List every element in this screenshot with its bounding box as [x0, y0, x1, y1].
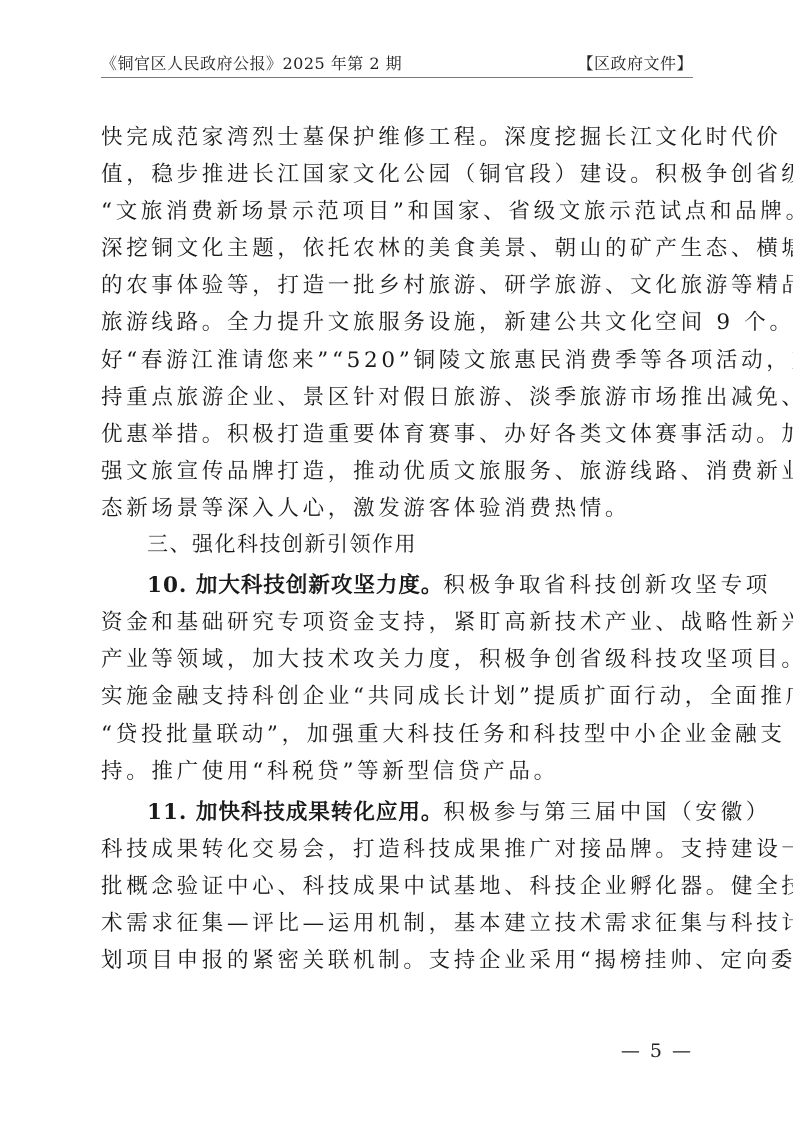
page-number: — 5 — [621, 1040, 693, 1062]
publication-title: 《铜官区人民政府公报》2025 年第 2 期 [101, 53, 402, 75]
document-body: 快完成范家湾烈士墓保护维修工程。深度挖掘长江文化时代价 值，稳步推进长江国家文化… [101, 119, 693, 979]
text-line: 实施金融支持科创企业“共同成长计划”提质扩面行动，全面推广 [101, 678, 693, 715]
text-line: 持重点旅游企业、景区针对假日旅游、淡季旅游市场推出减免、 [101, 379, 693, 416]
text-line: 科技成果转化交易会，打造科技成果推广对接品牌。支持建设一 [101, 831, 693, 868]
text-line: 态新场景等深入人心，激发游客体验消费热情。 [101, 490, 693, 527]
item-text: 积极争取省科技创新攻坚专项 [443, 573, 771, 598]
text-line: 10. 加大科技创新攻坚力度。积极争取省科技创新攻坚专项 [101, 567, 693, 604]
section-heading: 三、强化科技创新引领作用 [101, 526, 693, 563]
paragraph-item-10: 10. 加大科技创新攻坚力度。积极争取省科技创新攻坚专项 资金和基础研究专项资金… [101, 567, 693, 790]
text-line: 旅游线路。全力提升文旅服务设施，新建公共文化空间 9 个。办 [101, 304, 693, 341]
text-line: 持。推广使用“科税贷”等新型信贷产品。 [101, 753, 693, 790]
text-line: 好“春游江淮请您来”“520”铜陵文旅惠民消费季等各项活动，支 [101, 342, 693, 379]
text-line: 值，稳步推进长江国家文化公园（铜官段）建设。积极争创省级 [101, 156, 693, 193]
item-text: 积极参与第三届中国（安徽） [443, 800, 771, 825]
text-line: 产业等领域，加大技术攻关力度，积极争创省级科技攻坚项目。 [101, 641, 693, 678]
paragraph-item-11: 11. 加快科技成果转化应用。积极参与第三届中国（安徽） 科技成果转化交易会，打… [101, 794, 693, 979]
text-line: 划项目申报的紧密关联机制。支持企业采用“揭榜挂帅、定向委 [101, 942, 693, 979]
text-line: 强文旅宣传品牌打造，推动优质文旅服务、旅游线路、消费新业 [101, 453, 693, 490]
text-line: 11. 加快科技成果转化应用。积极参与第三届中国（安徽） [101, 794, 693, 831]
text-line: 快完成范家湾烈士墓保护维修工程。深度挖掘长江文化时代价 [101, 119, 693, 156]
text-line: 的农事体验等，打造一批乡村旅游、研学旅游、文化旅游等精品 [101, 267, 693, 304]
paragraph-culture-tourism: 快完成范家湾烈士墓保护维修工程。深度挖掘长江文化时代价 值，稳步推进长江国家文化… [101, 119, 693, 527]
text-line: “文旅消费新场景示范项目”和国家、省级文旅示范试点和品牌。 [101, 193, 693, 230]
text-line: “贷投批量联动”，加强重大科技任务和科技型中小企业金融支 [101, 716, 693, 753]
item-title: 11. 加快科技成果转化应用。 [147, 800, 443, 825]
item-title: 10. 加大科技创新攻坚力度。 [147, 573, 443, 598]
text-line: 批概念验证中心、科技成果中试基地、科技企业孵化器。健全技 [101, 868, 693, 905]
text-line: 术需求征集—评比—运用机制，基本建立技术需求征集与科技计 [101, 905, 693, 942]
text-line: 深挖铜文化主题，依托农林的美食美景、朝山的矿产生态、横塘 [101, 230, 693, 267]
section-label: 【区政府文件】 [577, 53, 693, 75]
text-line: 优惠举措。积极打造重要体育赛事、办好各类文体赛事活动。加 [101, 416, 693, 453]
page-header: 《铜官区人民政府公报》2025 年第 2 期 【区政府文件】 [101, 52, 693, 78]
text-line: 资金和基础研究专项资金支持，紧盯高新技术产业、战略性新兴 [101, 604, 693, 641]
